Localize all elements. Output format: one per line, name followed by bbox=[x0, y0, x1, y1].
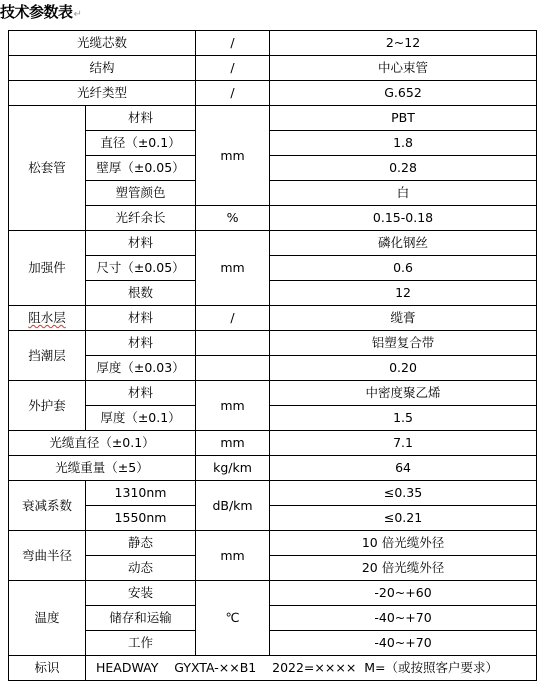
table-row: 直径（±0.1） 1.8 bbox=[9, 131, 537, 156]
group-label-attenuation: 衰减系数 bbox=[9, 481, 86, 531]
table-row: 工作 -40~+70 bbox=[9, 631, 537, 656]
group-label-bend-radius: 弯曲半径 bbox=[9, 531, 86, 581]
value-cell: 2~12 bbox=[270, 31, 537, 56]
table-row-cable-weight: 光缆重量（±5） kg/km 64 bbox=[9, 456, 537, 481]
sub-label-cell: 壁厚（±0.05） bbox=[86, 156, 196, 181]
unit-cell bbox=[196, 331, 270, 356]
sub-label-cell: 尺寸（±0.05） bbox=[86, 256, 196, 281]
unit-cell: mm bbox=[196, 381, 270, 431]
group-label-moisture-barrier: 挡潮层 bbox=[9, 331, 86, 381]
unit-cell: mm bbox=[196, 431, 270, 456]
unit-cell: / bbox=[196, 81, 270, 106]
sub-label-cell: 光纤余长 bbox=[86, 206, 196, 231]
table-row: 储存和运输 -40~+70 bbox=[9, 606, 537, 631]
label-cell: 光缆芯数 bbox=[9, 31, 196, 56]
unit-cell: / bbox=[196, 56, 270, 81]
value-cell: -20~+60 bbox=[270, 581, 537, 606]
table-row: 尺寸（±0.05） 0.6 bbox=[9, 256, 537, 281]
value-cell: PBT bbox=[270, 106, 537, 131]
group-label-loose-tube: 松套管 bbox=[9, 106, 86, 231]
sub-label-cell: 材料 bbox=[86, 381, 196, 406]
group-label-strength-member: 加强件 bbox=[9, 231, 86, 306]
unit-cell bbox=[196, 356, 270, 381]
sub-label-cell: 材料 bbox=[86, 306, 196, 331]
table-row: 温度 安装 ℃ -20~+60 bbox=[9, 581, 537, 606]
unit-cell: / bbox=[196, 31, 270, 56]
table-row-core-count: 光缆芯数 / 2~12 bbox=[9, 31, 537, 56]
value-cell: 缆膏 bbox=[270, 306, 537, 331]
unit-cell: dB/km bbox=[196, 481, 270, 531]
unit-cell: mm bbox=[196, 231, 270, 306]
value-cell: G.652 bbox=[270, 81, 537, 106]
table-row: 动态 20 倍光缆外径 bbox=[9, 556, 537, 581]
value-cell: 20 倍光缆外径 bbox=[270, 556, 537, 581]
table-row: 外护套 材料 mm 中密度聚乙烯 bbox=[9, 381, 537, 406]
group-label-temperature: 温度 bbox=[9, 581, 86, 656]
table-row: 加强件 材料 mm 磷化钢丝 bbox=[9, 231, 537, 256]
document-title: 技术参数表↵ bbox=[0, 0, 81, 24]
sub-label-cell: 1310nm bbox=[86, 481, 196, 506]
value-cell: ≤0.35 bbox=[270, 481, 537, 506]
table-row: 根数 12 bbox=[9, 281, 537, 306]
label-cell: 光缆重量（±5） bbox=[9, 456, 196, 481]
value-cell: 1.5 bbox=[270, 406, 537, 431]
sub-label-cell: 材料 bbox=[86, 231, 196, 256]
sub-label-cell: 1550nm bbox=[86, 506, 196, 531]
table-row: 塑管颜色 白 bbox=[9, 181, 537, 206]
value-cell: 64 bbox=[270, 456, 537, 481]
label-cell: 结构 bbox=[9, 56, 196, 81]
value-cell: 1.8 bbox=[270, 131, 537, 156]
value-cell: 0.6 bbox=[270, 256, 537, 281]
value-cell: 0.15-0.18 bbox=[270, 206, 537, 231]
sub-label-cell: 动态 bbox=[86, 556, 196, 581]
table-row: 厚度（±0.1） 1.5 bbox=[9, 406, 537, 431]
label-cell: 标识 bbox=[9, 656, 86, 681]
unit-cell: / bbox=[196, 306, 270, 331]
label-cell: 光纤类型 bbox=[9, 81, 196, 106]
value-cell: 磷化钢丝 bbox=[270, 231, 537, 256]
table-row: 松套管 材料 mm PBT bbox=[9, 106, 537, 131]
table-row: 厚度（±0.03） 0.20 bbox=[9, 356, 537, 381]
value-cell: 12 bbox=[270, 281, 537, 306]
group-label-outer-sheath: 外护套 bbox=[9, 381, 86, 431]
unit-cell: ℃ bbox=[196, 581, 270, 656]
table-row: 1550nm ≤0.21 bbox=[9, 506, 537, 531]
table-row: 挡潮层 材料 铝塑复合带 bbox=[9, 331, 537, 356]
value-cell: 7.1 bbox=[270, 431, 537, 456]
unit-cell: kg/km bbox=[196, 456, 270, 481]
unit-cell: mm bbox=[196, 531, 270, 581]
value-cell: 铝塑复合带 bbox=[270, 331, 537, 356]
spellcheck-underline: 阻水层 bbox=[28, 310, 66, 325]
table-row-fiber-type: 光纤类型 / G.652 bbox=[9, 81, 537, 106]
value-cell: -40~+70 bbox=[270, 606, 537, 631]
table-row: 壁厚（±0.05） 0.28 bbox=[9, 156, 537, 181]
table-row: 光纤余长 % 0.15-0.18 bbox=[9, 206, 537, 231]
value-cell: 0.28 bbox=[270, 156, 537, 181]
value-cell: 10 倍光缆外径 bbox=[270, 531, 537, 556]
table-row: 弯曲半径 静态 mm 10 倍光缆外径 bbox=[9, 531, 537, 556]
spec-table: 光缆芯数 / 2~12 结构 / 中心束管 光纤类型 / G.652 松套管 材… bbox=[8, 30, 537, 681]
sub-label-cell: 静态 bbox=[86, 531, 196, 556]
unit-cell: % bbox=[196, 206, 270, 231]
group-label-water-block: 阻水层 bbox=[9, 306, 86, 331]
label-cell: 光缆直径（±0.1） bbox=[9, 431, 196, 456]
sub-label-cell: 材料 bbox=[86, 331, 196, 356]
value-cell: 中心束管 bbox=[270, 56, 537, 81]
table-row: 衰减系数 1310nm dB/km ≤0.35 bbox=[9, 481, 537, 506]
unit-cell: mm bbox=[196, 106, 270, 206]
sub-label-cell: 直径（±0.1） bbox=[86, 131, 196, 156]
sub-label-cell: 工作 bbox=[86, 631, 196, 656]
value-cell: ≤0.21 bbox=[270, 506, 537, 531]
table-row-cable-diameter: 光缆直径（±0.1） mm 7.1 bbox=[9, 431, 537, 456]
sub-label-cell: 储存和运输 bbox=[86, 606, 196, 631]
paragraph-mark-icon: ↵ bbox=[74, 9, 82, 20]
table-row-structure: 结构 / 中心束管 bbox=[9, 56, 537, 81]
table-row-water-block: 阻水层 材料 / 缆膏 bbox=[9, 306, 537, 331]
sub-label-cell: 安装 bbox=[86, 581, 196, 606]
sub-label-cell: 材料 bbox=[86, 106, 196, 131]
sub-label-cell: 塑管颜色 bbox=[86, 181, 196, 206]
table-row-marking: 标识 HEADWAY GYXTA-××B1 2022=×××× M=（或按照客户… bbox=[9, 656, 537, 681]
sub-label-cell: 厚度（±0.1） bbox=[86, 406, 196, 431]
sub-label-cell: 根数 bbox=[86, 281, 196, 306]
sub-label-cell: 厚度（±0.03） bbox=[86, 356, 196, 381]
value-cell: -40~+70 bbox=[270, 631, 537, 656]
marking-value-cell: HEADWAY GYXTA-××B1 2022=×××× M=（或按照客户要求） bbox=[86, 656, 537, 681]
value-cell: 中密度聚乙烯 bbox=[270, 381, 537, 406]
value-cell: 白 bbox=[270, 181, 537, 206]
value-cell: 0.20 bbox=[270, 356, 537, 381]
